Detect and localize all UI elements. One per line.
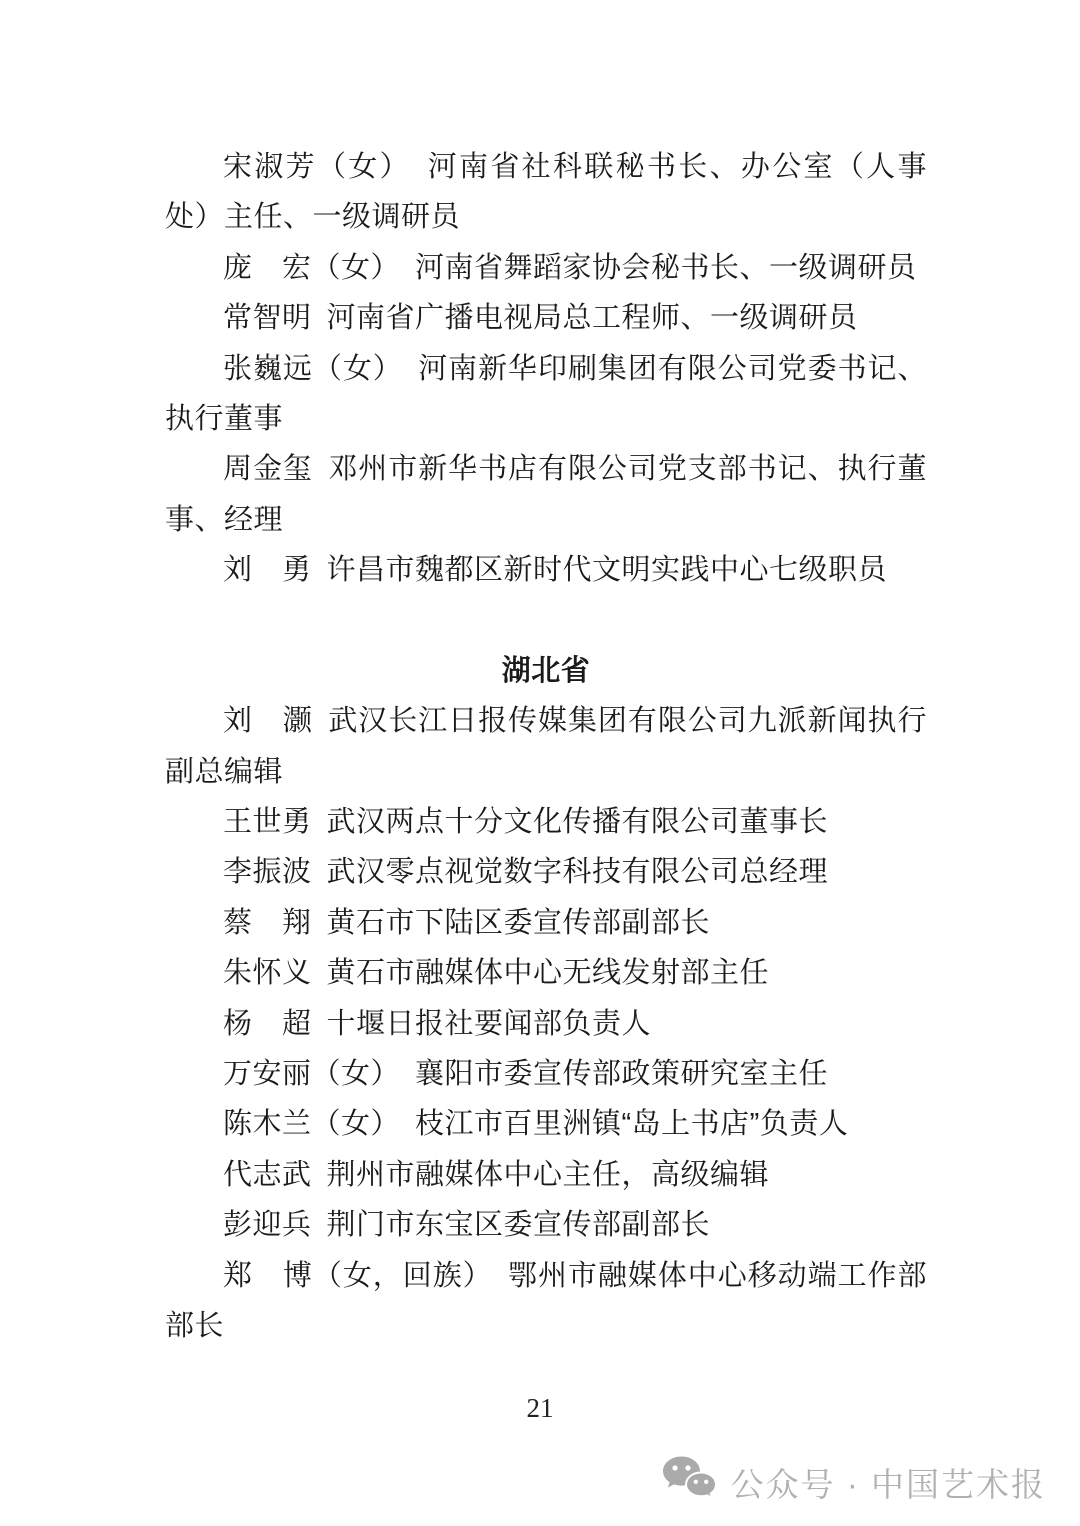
entry-line: 宋淑芳（女） 河南省社科联秘书长、办公室（人事 [165,142,927,192]
entry-line: 彭迎兵 荆门市东宝区委宣传部副部长 [165,1200,927,1250]
entry-line-continuation: 副总编辑 [165,747,927,797]
entry-line: 郑 博（女，回族） 鄂州市融媒体中心移动端工作部 [165,1251,927,1301]
page-number: 21 [0,1388,1080,1428]
entry-line: 代志武 荆州市融媒体中心主任，高级编辑 [165,1150,927,1200]
entry-line: 陈木兰（女） 枝江市百里洲镇“岛上书店”负责人 [165,1099,927,1149]
entry-line: 刘 勇 许昌市魏都区新时代文明实践中心七级职员 [165,545,927,595]
watermark: 公众号 · 中国艺术报 [661,1456,1046,1508]
entry-line-continuation: 执行董事 [165,394,927,444]
entry-line: 万安丽（女） 襄阳市委宣传部政策研究室主任 [165,1049,927,1099]
entry-line: 朱怀义 黄石市融媒体中心无线发射部主任 [165,948,927,998]
body-text: 宋淑芳（女） 河南省社科联秘书长、办公室（人事 处）主任、一级调研员 庞 宏（女… [165,142,927,1351]
document-page: 宋淑芳（女） 河南省社科联秘书长、办公室（人事 处）主任、一级调研员 庞 宏（女… [0,0,1080,1526]
entry-line: 刘 灏 武汉长江日报传媒集团有限公司九派新闻执行 [165,696,927,746]
spacer-line [165,596,927,646]
section-heading-hubei: 湖北省 [165,646,927,696]
entry-line: 庞 宏（女） 河南省舞蹈家协会秘书长、一级调研员 [165,243,927,293]
entry-line: 李振波 武汉零点视觉数字科技有限公司总经理 [165,847,927,897]
entry-line: 常智明 河南省广播电视局总工程师、一级调研员 [165,293,927,343]
entry-line: 王世勇 武汉两点十分文化传播有限公司董事长 [165,797,927,847]
wechat-icon [661,1455,717,1509]
entry-line: 周金玺 邓州市新华书店有限公司党支部书记、执行董 [165,444,927,494]
entry-line: 蔡 翔 黄石市下陆区委宣传部副部长 [165,898,927,948]
watermark-label: 公众号 · 中国艺术报 [731,1459,1046,1506]
entry-line: 张巍远（女） 河南新华印刷集团有限公司党委书记、 [165,344,927,394]
entry-line-continuation: 处）主任、一级调研员 [165,192,927,242]
entry-line-continuation: 事、经理 [165,495,927,545]
entry-line: 杨 超 十堰日报社要闻部负责人 [165,999,927,1049]
entry-line-continuation: 部长 [165,1301,927,1351]
